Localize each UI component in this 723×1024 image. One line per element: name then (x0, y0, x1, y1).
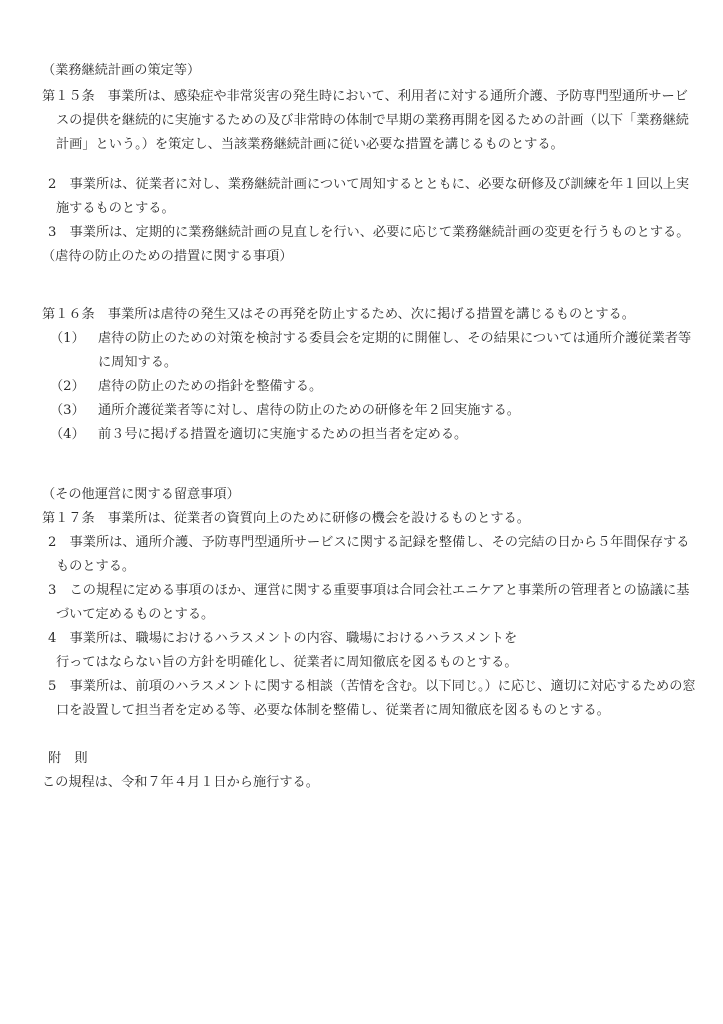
article-16-item-2-line-1: 虐待の防止のための指針を整備する。 (98, 378, 322, 396)
article-15-line-3: 計画」という。）を策定し、当該業務継続計画に従い必要な措置を講じるものとする。 (56, 136, 564, 154)
article-16-item-1-line-1: 虐待の防止のための対策を検討する委員会を定期的に開催し、その結果については通所介… (98, 330, 691, 348)
article-17-para-2-line-1: 2 事業所は、通所介護、予防専門型通所サービスに関する記録を整備し、その完結の日… (48, 534, 689, 552)
article-17-para-4-line-2: 行ってはならない旨の方針を明確化し、従業者に周知徹底を図るものとする。 (56, 654, 518, 672)
article-17-line-1: 第１７条 事業所は、従業者の資質向上のために研修の機会を設けるものとする。 (42, 510, 530, 528)
article-16-item-3-number: （3） (50, 402, 85, 420)
article-16-item-2-number: （2） (50, 378, 85, 396)
supplementary-text: この規程は、令和７年４月１日から施行する。 (42, 774, 319, 792)
article-16-item-1-number: （1） (50, 330, 85, 348)
article-17-para-2-line-2: ものとする。 (56, 558, 135, 576)
article-15-para-2-line-2: 施するものとする。 (56, 200, 175, 218)
article-15-line-2: スの提供を継続的に実施するための及び非常時の体制で早期の業務再開を図るための計画… (56, 112, 689, 130)
supplementary-heading: 附 則 (48, 750, 88, 768)
article-16-item-3-line-1: 通所介護従業者等に対し、虐待の防止のための研修を年２回実施する。 (98, 402, 520, 420)
article-15-para-3-line-1: 3 事業所は、定期的に業務継続計画の見直しを行い、必要に応じて業務継続計画の変更… (48, 224, 689, 242)
article-15-line-1: 第１５条 事業所は、感染症や非常災害の発生時において、利用者に対する通所介護、予… (42, 88, 688, 106)
article-17-para-5-line-2: 口を設置して担当者を定める等、必要な体制を整備し、従業者に周知徹底を図るものとす… (56, 702, 610, 720)
article-17-para-3-line-2: づいて定めるものとする。 (56, 606, 214, 624)
article-17-para-3-line-1: 3 この規程に定める事項のほか、運営に関する重要事項は合同会社エニケアと事業所の… (48, 582, 689, 600)
article-15-para-2-line-1: 2 事業所は、従業者に対し、業務継続計画について周知するとともに、必要な研修及び… (48, 176, 689, 194)
article-17-para-4-line-1: 4 事業所は、職場におけるハラスメントの内容、職場におけるハラスメントを (48, 630, 517, 648)
section-heading-other-operations: （その他運営に関する留意事項） (42, 486, 240, 504)
section-heading-abuse-prevention: （虐待の防止のための措置に関する事項） (42, 248, 293, 266)
article-17-para-5-line-1: 5 事業所は、前項のハラスメントに関する相談（苦情を含む。以下同じ。）に応じ、適… (48, 678, 696, 696)
article-16-line-1: 第１６条 事業所は虐待の発生又はその再発を防止するため、次に掲げる措置を講じるも… (42, 306, 635, 324)
article-16-item-1-line-2: に周知する。 (98, 354, 177, 372)
section-heading-business-continuity: （業務継続計画の策定等） (42, 62, 200, 80)
article-16-item-4-number: （4） (50, 426, 85, 444)
article-16-item-4-line-1: 前３号に掲げる措置を適切に実施するための担当者を定める。 (98, 426, 467, 444)
